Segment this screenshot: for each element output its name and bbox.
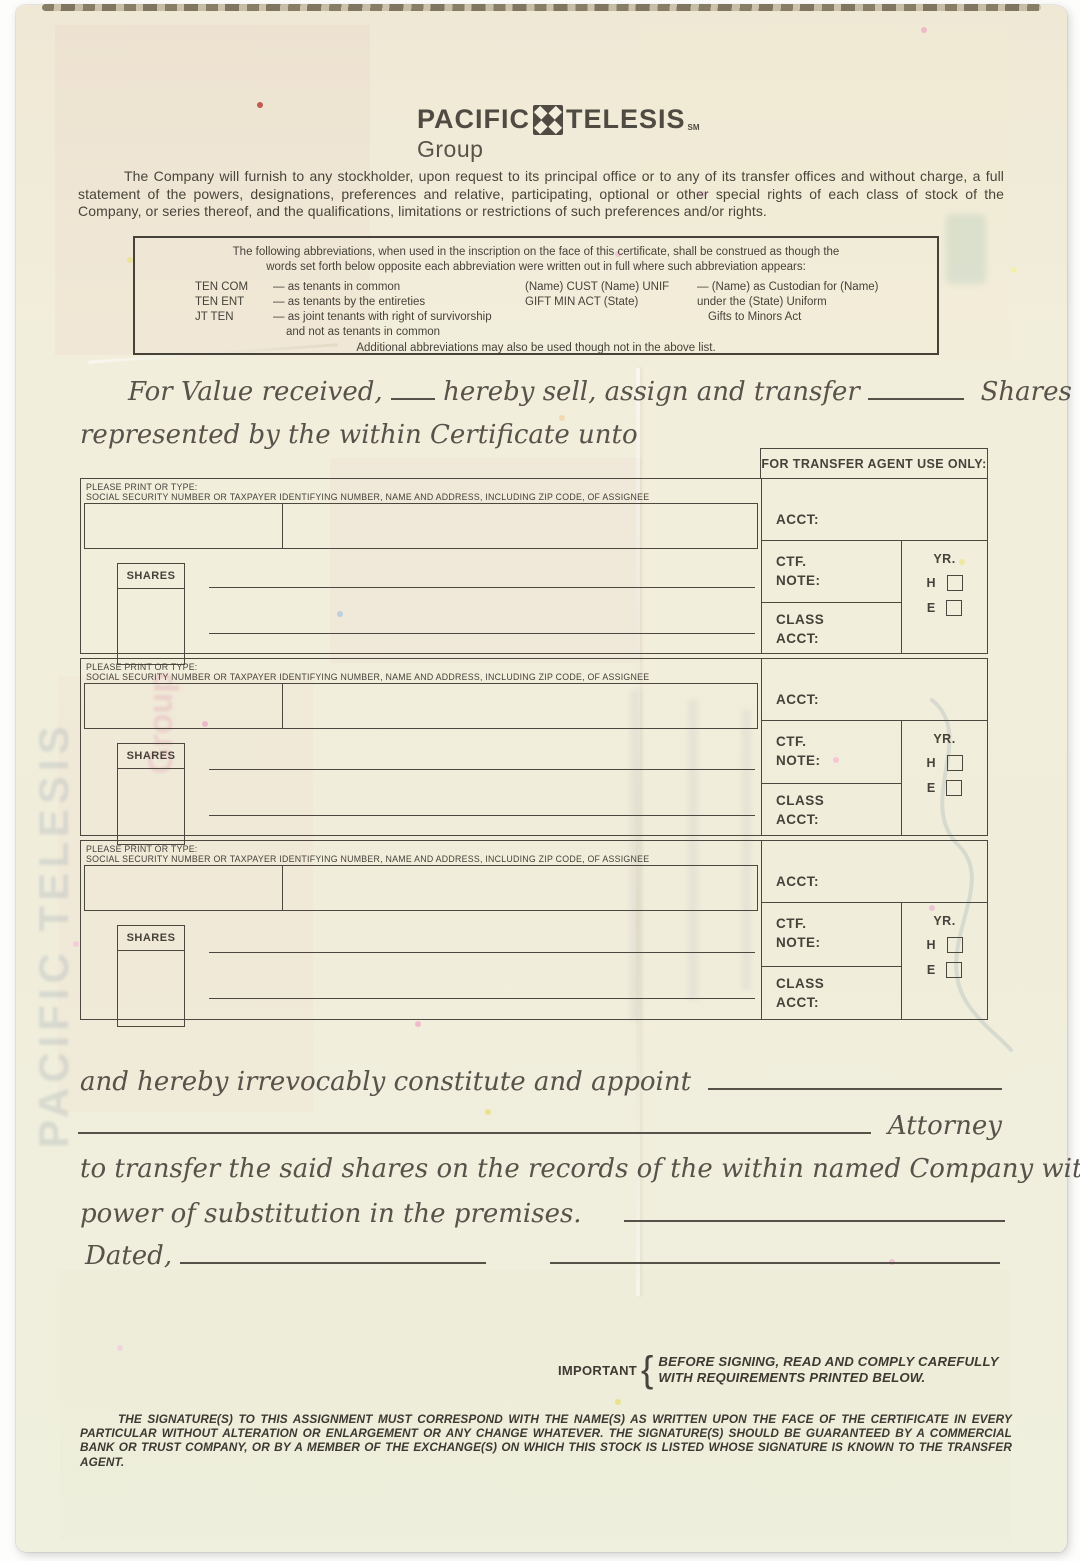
h-checkbox[interactable] [947,575,963,591]
signature-guarantee-notice: THE SIGNATURE(S) TO THIS ASSIGNMENT MUST… [80,1412,1012,1469]
assignee-entry-area: PLEASE PRINT OR TYPE: SOCIAL SECURITY NU… [81,659,761,835]
h-checkbox-row: H [902,575,987,591]
abbreviations-box: The following abbreviations, when used i… [133,236,939,355]
star-icon [533,105,563,135]
abbrev-entry: TEN ENT — as tenants by the entireties [195,295,525,310]
class-acct-cell: CLASS ACCT: [762,784,901,835]
ssn-input-box[interactable] [84,503,758,549]
assignee-section-1: PLEASE PRINT OR TYPE: SOCIAL SECURITY NU… [80,478,988,654]
yr-label: YR. [902,552,987,566]
shares-box: SHARES [117,925,185,1027]
logo-sm-mark: SM [688,123,700,132]
abbrev-right-list: (Name) CUST (Name) UNIF — (Name) as Cust… [525,280,925,340]
transfer-agent-header: FOR TRANSFER AGENT USE ONLY: [760,448,988,479]
abbrev-entry: and not as tenants in common [195,325,525,340]
acct-cell: ACCT: [762,841,987,903]
appoint-line: and hereby irrevocably constitute and ap… [80,1066,1002,1097]
ctf-note-cell: CTF. NOTE: [762,721,901,784]
ctf-class-cells: CTF. NOTE: CLASS ACCT: [762,903,902,1019]
yr-label: YR. [902,914,987,928]
shares-label: SHARES [117,563,185,589]
e-label: E [927,781,935,795]
shares-input-box[interactable] [117,589,185,665]
assignment-line-1: For Value received, hereby sell, assign … [128,376,1072,407]
assignee-section-2: PLEASE PRINT OR TYPE: SOCIAL SECURITY NU… [80,658,988,836]
abbrev-entry: GIFT MIN ACT (State) under the (State) U… [525,295,925,310]
ctf-class-row: CTF. NOTE: CLASS ACCT: YR. H E [762,541,987,653]
date-fill-line[interactable] [180,1240,486,1264]
print-type-label: PLEASE PRINT OR TYPE: [86,662,198,672]
abbrev-left-list: TEN COM — as tenants in common TEN ENT —… [195,280,525,340]
ctf-note-cell: CTF. NOTE: [762,903,901,967]
ssn-box-divider [282,504,283,548]
shares-box: SHARES [117,563,185,665]
ssn-box-divider [282,684,283,728]
attorney-line: Attorney [78,1110,1002,1141]
seller-fill-line[interactable] [391,376,435,400]
agent-use-area: ACCT: CTF. NOTE: CLASS ACCT: YR. H [761,659,987,835]
yr-column: YR. H E [902,903,987,1019]
shares-box: SHARES [117,743,185,845]
acct-cell: ACCT: [762,659,987,721]
ctf-class-row: CTF. NOTE: CLASS ACCT: YR. H E [762,721,987,835]
e-label: E [927,601,935,615]
logo-group-text: Group [417,136,700,163]
h-label: H [926,938,935,952]
yr-column: YR. H E [902,721,987,835]
address-fill-line[interactable] [209,815,755,816]
important-lines: BEFORE SIGNING, READ AND COMPLY CAREFULL… [658,1354,998,1386]
abbrev-entry: (Name) CUST (Name) UNIF — (Name) as Cust… [525,280,925,295]
abbrev-entry: TEN COM — as tenants in common [195,280,525,295]
showthrough-smudge [946,214,986,284]
records-line: to transfer the said shares on the recor… [80,1154,1080,1184]
print-type-label: PLEASE PRINT OR TYPE: [86,482,198,492]
name-fill-line[interactable] [209,952,755,953]
assignee-section-3: PLEASE PRINT OR TYPE: SOCIAL SECURITY NU… [80,840,988,1020]
assignee-entry-area: PLEASE PRINT OR TYPE: SOCIAL SECURITY NU… [81,479,761,653]
e-checkbox[interactable] [946,780,962,796]
abbrev-footer: Additional abbreviations may also be use… [135,341,937,356]
e-checkbox-row: E [902,600,987,616]
h-checkbox-row: H [902,937,987,953]
shares-input-box[interactable] [117,951,185,1027]
e-checkbox-row: E [902,780,987,796]
class-acct-cell: CLASS ACCT: [762,603,901,653]
logo-telesis-text: TELESIS [566,104,686,135]
abbrev-entry: Gifts to Minors Act [525,310,925,325]
substitution-line: power of substitution in the premises. [80,1198,1005,1229]
h-checkbox-row: H [902,755,987,771]
brace-glyph: { [641,1349,653,1391]
address-fill-line[interactable] [209,633,755,634]
h-label: H [926,576,935,590]
showthrough-logo-text: PACIFIC TELESIS [30,668,78,1148]
signature-fill-line-1[interactable] [624,1198,1005,1222]
signature-fill-line-2[interactable] [550,1240,1000,1264]
attorney-name-fill-line[interactable] [708,1066,1002,1090]
name-fill-line[interactable] [209,587,755,588]
ctf-class-row: CTF. NOTE: CLASS ACCT: YR. H E [762,903,987,1019]
shares-label: SHARES [117,743,185,769]
name-fill-line[interactable] [209,769,755,770]
address-fill-line[interactable] [209,998,755,999]
abbrev-columns: TEN COM — as tenants in common TEN ENT —… [135,280,937,340]
shares-input-box[interactable] [117,769,185,845]
scanned-stock-certificate-back: PACIFIC TELESIS Group PACIFIC TELESIS SM… [0,0,1080,1561]
dated-line: Dated, [85,1240,1000,1271]
acct-cell: ACCT: [762,479,987,541]
ctf-class-cells: CTF. NOTE: CLASS ACCT: [762,541,902,653]
ssn-input-box[interactable] [84,683,758,729]
shares-label: SHARES [117,925,185,951]
agent-use-area: ACCT: CTF. NOTE: CLASS ACCT: YR. H [761,841,987,1019]
e-checkbox[interactable] [946,962,962,978]
ctf-note-cell: CTF. NOTE: [762,541,901,603]
e-checkbox-row: E [902,962,987,978]
furnish-statement: The Company will furnish to any stockhol… [78,168,1004,221]
print-type-label: PLEASE PRINT OR TYPE: [86,844,198,854]
ssn-instruction-label: SOCIAL SECURITY NUMBER OR TAXPAYER IDENT… [86,854,649,864]
e-checkbox[interactable] [946,600,962,616]
h-checkbox[interactable] [947,755,963,771]
paper-speckles [0,0,4,4]
h-label: H [926,756,935,770]
company-logo: PACIFIC TELESIS SM Group [417,104,700,163]
important-label: IMPORTANT [558,1363,637,1378]
abbrev-intro-line2: words set forth below opposite each abbr… [135,260,937,275]
abbrev-entry: JT TEN — as joint tenants with right of … [195,310,525,325]
agent-use-area: ACCT: CTF. NOTE: CLASS ACCT: YR. H [761,479,987,653]
e-label: E [927,963,935,977]
yr-column: YR. H E [902,541,987,653]
ssn-input-box[interactable] [84,865,758,911]
share-count-fill-line[interactable] [868,376,964,400]
h-checkbox[interactable] [947,937,963,953]
ssn-box-divider [282,866,283,910]
abbrev-intro-line1: The following abbreviations, when used i… [135,245,937,260]
torn-paper-edge [42,4,1040,11]
ssn-instruction-label: SOCIAL SECURITY NUMBER OR TAXPAYER IDENT… [86,672,649,682]
class-acct-cell: CLASS ACCT: [762,967,901,1019]
logo-pacific-text: PACIFIC [417,104,530,135]
attorney-name-fill-line-2[interactable] [78,1110,871,1134]
ctf-class-cells: CTF. NOTE: CLASS ACCT: [762,721,902,835]
assignment-line-2: represented by the within Certificate un… [80,420,638,450]
assignee-entry-area: PLEASE PRINT OR TYPE: SOCIAL SECURITY NU… [81,841,761,1019]
yr-label: YR. [902,732,987,746]
important-note: IMPORTANT { BEFORE SIGNING, READ AND COM… [558,1349,999,1391]
ssn-instruction-label: SOCIAL SECURITY NUMBER OR TAXPAYER IDENT… [86,492,649,502]
